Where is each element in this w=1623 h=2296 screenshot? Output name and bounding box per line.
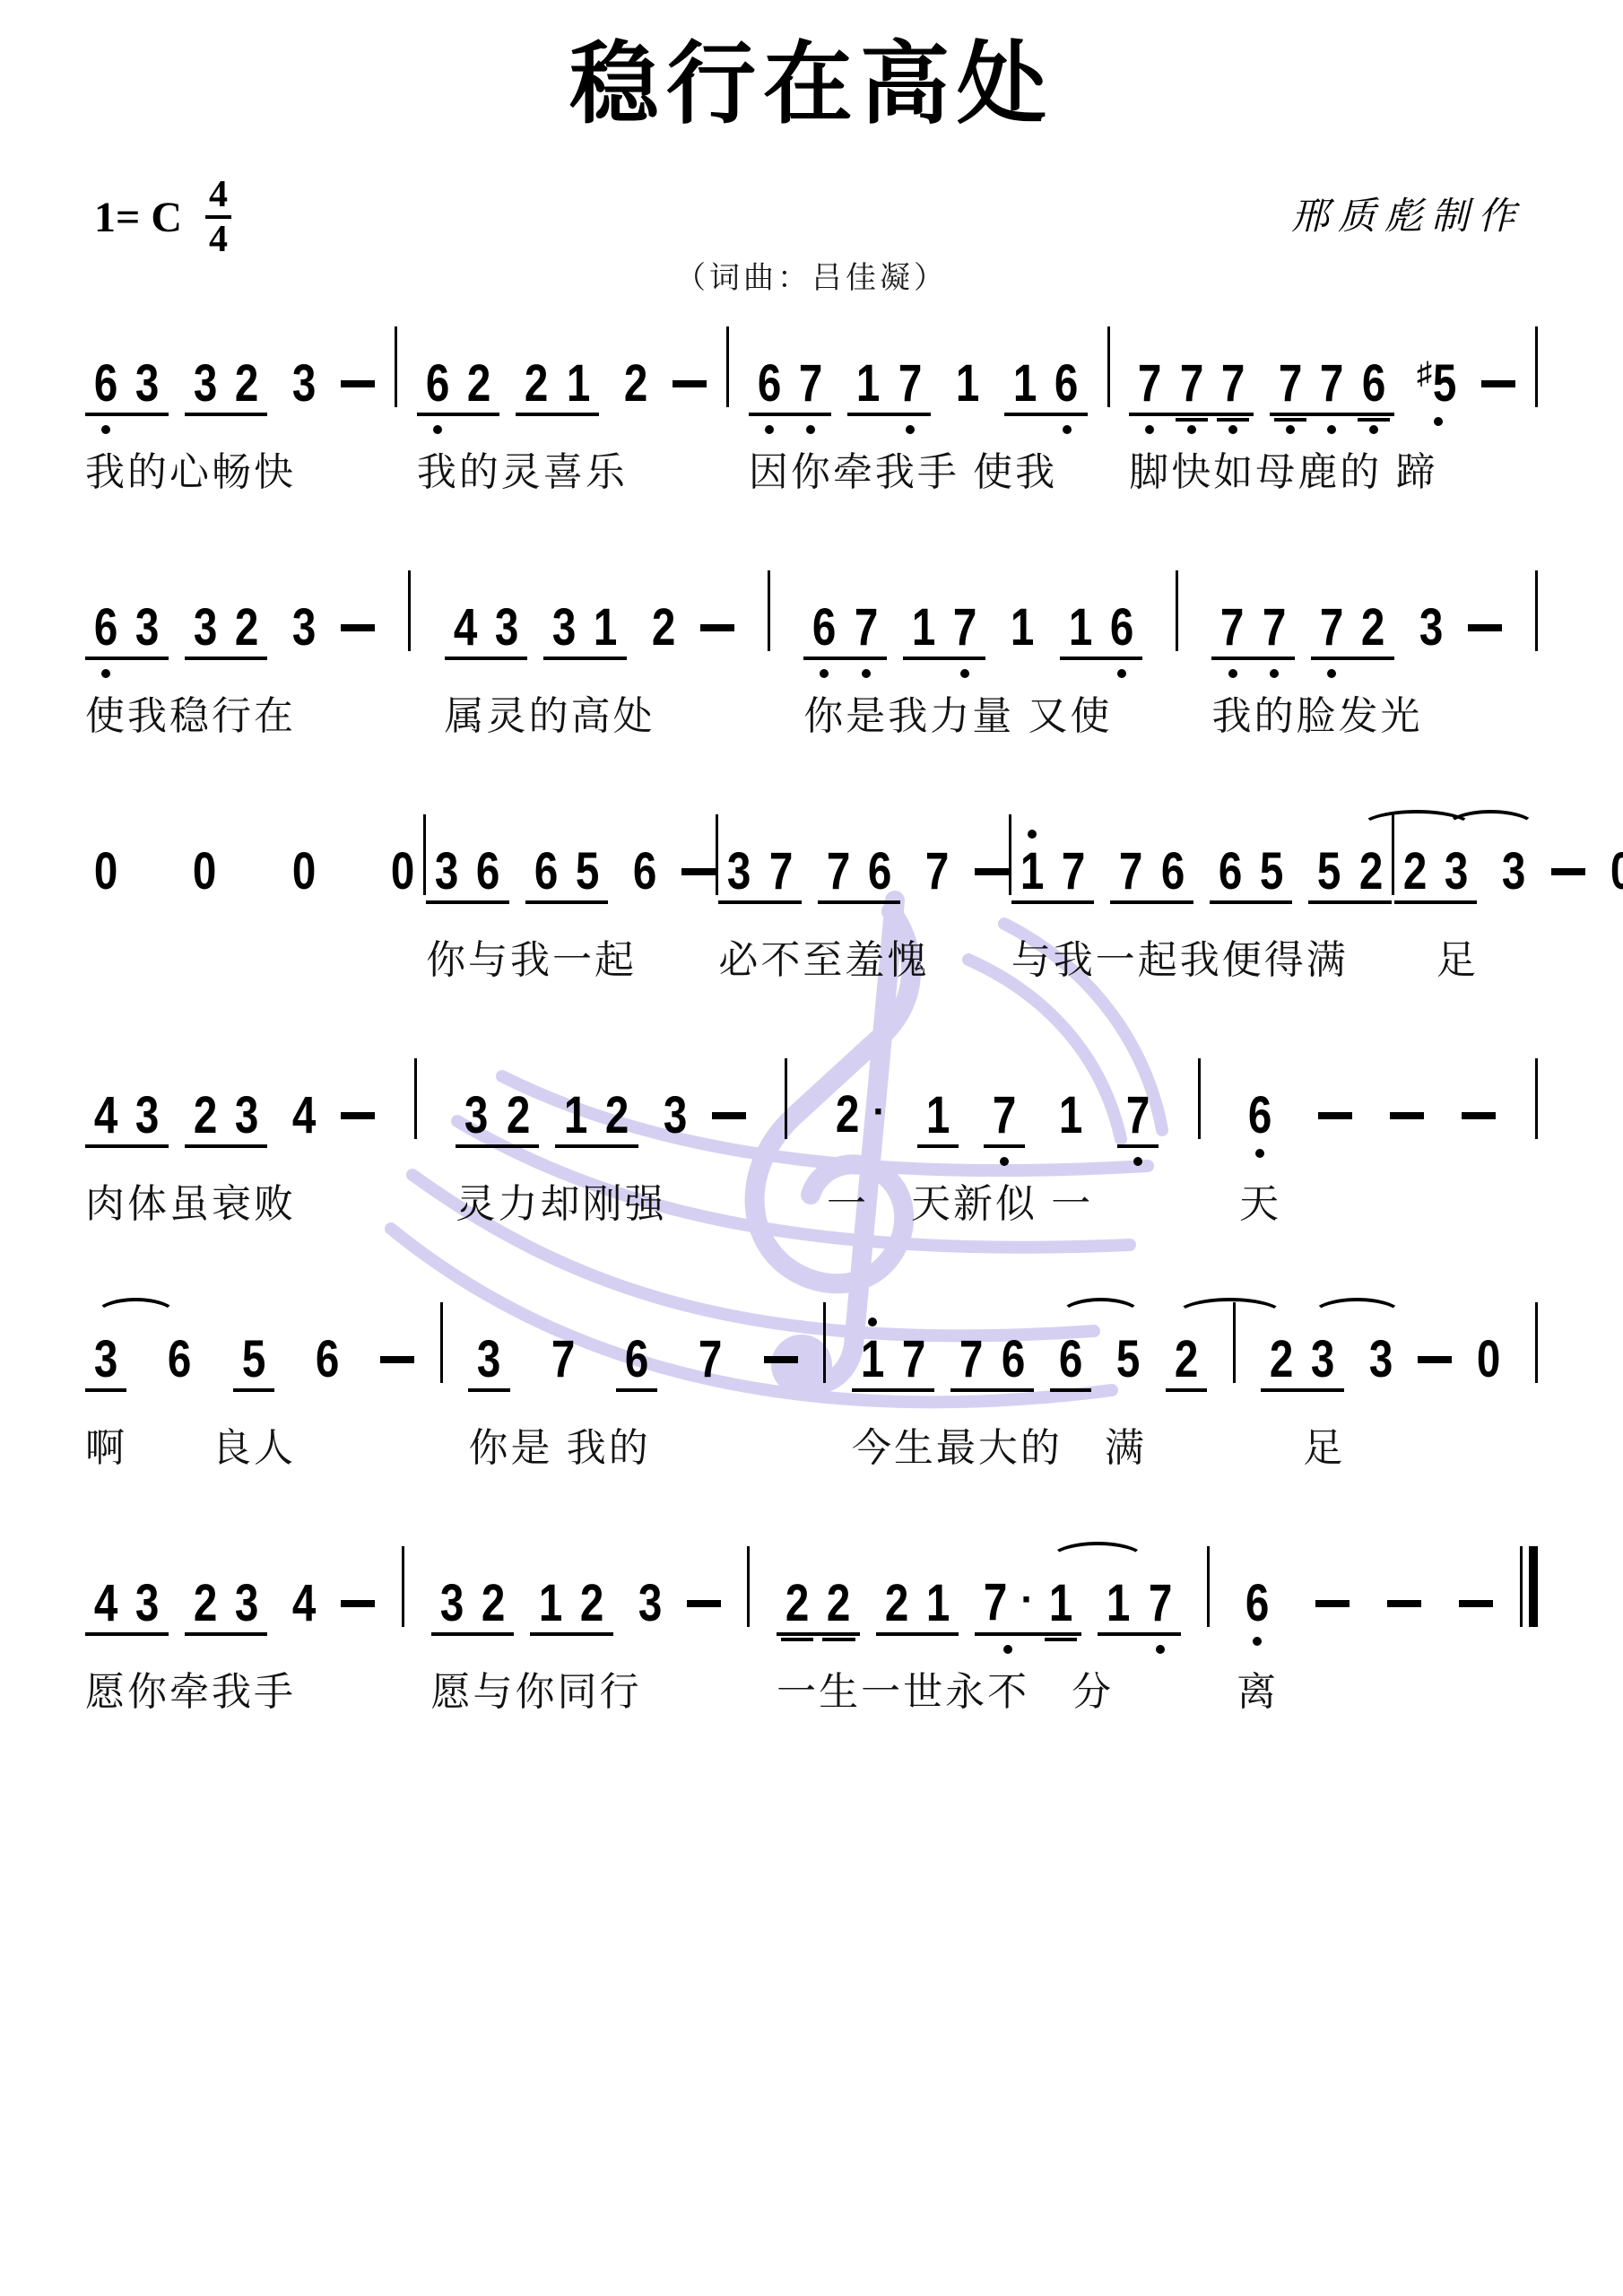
note: 1 [1002,602,1043,654]
measure-notes: 62212 [417,330,707,416]
score-line: 43234愿你牵我手32123愿与你同行22217·117一生一世永不 分6离 [85,1550,1538,1717]
barline [440,1302,443,1383]
note-digit: 6 [868,846,891,898]
note-cluster: 7·1 [975,1577,1081,1636]
note-cluster: 2 [1166,1334,1207,1392]
note-digit: 4 [94,1578,117,1630]
dash-note [700,624,734,631]
note: 3 [283,358,325,410]
measure-notes: 77723 [1211,574,1501,660]
lyric-line: 一 天新似 一 [827,1171,1159,1229]
note-digit: 2 [624,358,647,410]
sheet-music-page: 稳行在高处 1= C 4 4 邢质彪制作 （词曲：吕佳凝） 63323我的心畅快… [0,0,1623,2296]
augmentation-dot: · [872,1090,886,1135]
octave-dot-low [1286,425,1295,434]
dash-note [341,1600,375,1607]
barline [402,1546,404,1627]
note-cluster: 32 [185,358,268,416]
note: 6 [859,846,900,898]
measure: 32123灵力却刚强 [456,1062,745,1229]
note-digit: 6 [94,358,117,410]
note-digit: 1 [539,1578,562,1630]
note-digit: 1 [1049,1578,1072,1630]
octave-dot-low [765,425,774,434]
measure-notes: 22217·117 [777,1550,1181,1636]
measure-notes: 2·1717 [827,1062,1159,1148]
lyric-line: 离 [1237,1659,1493,1717]
octave-dot-low [1369,425,1378,434]
lyric-line: 灵力却刚强 [456,1171,745,1229]
note: 7 [690,1334,731,1386]
measure: 17766552与我一起我便得满 [1011,818,1392,985]
note: 2 [1352,602,1393,654]
note-digit: 3 [94,1334,117,1386]
note-cluster: 23 [1261,1334,1344,1392]
lyric-line: 今生最大的 满 [852,1415,1207,1473]
note-digit: 6 [316,1334,339,1386]
note-digit: 5 [576,846,599,898]
note-cluster: 2· [827,1089,892,1148]
note-cluster: 76 [1110,846,1193,904]
note-digit: 6 [758,358,781,410]
note: 6 [467,846,508,898]
measure-notes: 63323 [85,330,375,416]
barline [1535,326,1538,407]
measure-notes: 3767 [468,1306,797,1392]
measure: 0000 [85,818,423,972]
note: ♯5 [1410,358,1465,410]
note: 5 [1251,846,1292,898]
note: 3 [226,1578,267,1630]
measure: 2·1717一 天新似 一 [827,1062,1159,1229]
lyric-line: 与我一起我便得满 [1011,927,1392,985]
note-digit: 3 [1445,846,1468,898]
barline [1207,1546,1210,1627]
credit-text: 邢质彪制作 [1291,187,1524,240]
note-digit: 3 [1419,602,1442,654]
octave-dot-high [868,1318,877,1326]
measure-notes: 43312 [445,574,734,660]
octave-dot-low [101,669,110,678]
note-digit: 6 [426,358,449,410]
note-digit: 2 [605,1090,629,1142]
note: 1 [558,358,599,410]
note-digit: 1 [1107,1578,1130,1630]
measure: 43234愿你牵我手 [85,1550,375,1717]
measure-notes: 1776652 [852,1306,1207,1392]
note-cluster: 7 [916,846,958,904]
note: 2 [1261,1334,1302,1386]
octave-dot-low [820,669,829,678]
note: 2 [498,1090,539,1142]
note-cluster: 0 [283,846,325,904]
octave-dot-low [1327,425,1336,434]
measure-notes: 32123 [431,1550,721,1636]
subtitle-composer: （词曲：吕佳凝） [0,253,1623,297]
score-line: 3656啊 良人3767你是 我的1776652今生最大的 满2330 足 [85,1306,1538,1473]
note-digit: 6 [168,1334,191,1386]
octave-dot-low [1434,417,1443,426]
note-cluster: 3 [1493,846,1534,904]
note-digit: 5 [1317,846,1341,898]
note: 2 [473,1578,514,1630]
measure-notes: 0000 [85,818,423,904]
note: 1 [555,1090,596,1142]
note-cluster: 3 [629,1578,671,1636]
note: 2 [1350,846,1392,898]
tie-arc [1059,1298,1142,1334]
note: 1 [1011,846,1053,898]
note-cluster: 67 [803,602,887,660]
note-cluster: 3 [1410,602,1452,660]
note: 6 [525,846,567,898]
dash-note [1418,1356,1452,1363]
note: 2 [226,602,267,654]
note-digit: 7 [1179,358,1202,410]
note-digit: 3 [135,602,159,654]
lyric-line: 足 [1261,1415,1509,1473]
octave-dot-low [1255,1149,1264,1158]
barline [1535,570,1538,651]
note-digit: 6 [1059,1334,1082,1386]
key-signature: 1= C 4 4 [94,176,231,258]
note-cluster: 0 [382,846,423,904]
note-cluster: 0 [1601,846,1623,904]
dash-note [975,868,1009,875]
note-cluster: 1 [947,358,988,416]
note: 2 [185,1578,226,1630]
note: 6 [307,1334,348,1386]
octave-dot-low [1000,1157,1009,1166]
note-cluster: 43 [445,602,528,660]
note-cluster: 6 [1050,1334,1091,1392]
measure: 777776♯5脚快如母鹿的 蹄 [1129,330,1515,497]
note-cluster: 63 [85,358,169,416]
note: 6 [803,602,845,654]
note: 2 [226,358,267,410]
note-digit: 2 [1358,846,1382,898]
note-digit: 1 [594,602,617,654]
note: 3 [126,602,168,654]
note-digit: 2 [467,358,490,410]
rest-note: 0 [1601,846,1623,898]
lyric-line: 啊 良人 [85,1415,414,1473]
note: 7 [950,1334,992,1386]
note-digit: 2 [1361,602,1384,654]
note-digit: 7 [993,1090,1016,1142]
note: 5 [233,1334,274,1386]
measure-notes: 32123 [456,1062,745,1148]
barline [1535,1302,1538,1383]
note-cluster: 5 [1107,1334,1149,1392]
note-cluster: 43 [85,1578,169,1636]
note-digit: 3 [495,602,518,654]
note-digit: 1 [1020,846,1044,898]
note: 3 [486,602,527,654]
note-digit: 6 [1362,358,1385,410]
note-digit: 2 [507,1090,530,1142]
note: 3 [431,1578,473,1630]
measure-notes: 6 [1239,1062,1496,1148]
note: 3 [185,358,226,410]
note-cluster: 32 [456,1090,539,1148]
tie-arc [1311,1298,1403,1334]
note-cluster: 3 [655,1090,696,1148]
barline [395,326,397,407]
measure: 43312属灵的高处 [445,574,734,741]
note: 3 [226,1090,267,1142]
note-digit: 3 [464,1090,488,1142]
note-digit: 5 [1260,846,1283,898]
lyric-line: 脚快如母鹿的 蹄 [1129,439,1515,497]
measure-notes: 43234 [85,1550,375,1636]
note: 2 [777,1578,818,1630]
note-cluster: 0 [184,846,225,904]
note-digit: 6 [812,602,836,654]
note: 7 [1212,358,1254,410]
measure: 2330 足 [1261,1306,1509,1473]
note-cluster: 6 [1239,1090,1280,1148]
lyric-line: 必不至羞愧 [718,927,1008,985]
note-cluster: 7 [542,1334,584,1392]
tie-arc [1049,1542,1146,1578]
note-cluster: 6 [307,1334,348,1392]
note-cluster: 6 [616,1334,657,1392]
measure: 6717116因你牵我手 使我 [749,330,1088,497]
note: 3 [655,1090,696,1142]
note: 4 [85,1090,126,1142]
barline [747,1546,750,1627]
note: 6 [993,1334,1034,1386]
lyric-line: 你是 我的 [468,1415,797,1473]
lyric-line: 你是我力量 又使 [803,683,1142,741]
note-cluster: 32 [185,602,268,660]
octave-dot-low [1228,425,1237,434]
note: 7 [893,1334,934,1386]
note-digit: 6 [1219,846,1242,898]
note: 7 [1270,358,1311,410]
note-digit: 3 [552,602,576,654]
note-digit: 7 [1119,846,1142,898]
note-digit: 3 [1502,846,1525,898]
measure-notes: 63323 [85,574,375,660]
note-digit: 6 [633,846,656,898]
note-cluster: 7 [1117,1090,1159,1148]
note-cluster: 36 [426,846,509,904]
note-digit: 2 [827,1578,850,1630]
measure-notes: 36656 [426,818,716,904]
note-digit: 3 [235,1090,258,1142]
octave-dot-low [1156,1645,1165,1654]
barline [1535,1058,1538,1139]
note: 2 [1166,1334,1207,1386]
note-digit: 7 [854,602,877,654]
note: 7 [1211,602,1253,654]
note: 6 [1239,1090,1280,1142]
octave-dot-low [1145,425,1154,434]
note-digit: 3 [135,1578,159,1630]
note-digit: 2 [193,1578,216,1630]
note: 7 [944,602,985,654]
octave-dot-low [1270,669,1279,678]
octave-dot-low [1228,669,1237,678]
note-cluster: 17 [852,1334,935,1392]
note: 1 [903,602,944,654]
dash-note [712,1112,746,1119]
augmentation-dot: · [1020,1578,1034,1622]
lyric-line: 属灵的高处 [445,683,734,741]
note-digit: 6 [1055,358,1078,410]
note-cluster: 32 [431,1578,515,1636]
note: 1 [1004,358,1046,410]
measure-notes: 6717116 [803,574,1142,660]
note-digit: 7 [984,1577,1007,1629]
second-underline [822,1638,855,1641]
note: 2 [458,358,499,410]
note-cluster: 5 [233,1334,274,1392]
note-cluster: ♯5 [1410,358,1465,416]
note-cluster: 31 [543,602,627,660]
note-digit: 2 [235,358,258,410]
lyric-line [85,927,423,972]
second-underline [1274,418,1306,422]
note: 4 [85,1578,126,1630]
octave-dot-low [1117,669,1126,678]
note-digit: 4 [454,602,477,654]
final-barline [1520,1546,1538,1627]
note: 1 [847,358,889,410]
lyric-line: 我的脸发光 [1211,683,1501,741]
barline [408,570,411,651]
note-digit: 0 [193,846,216,898]
note-digit: 3 [1369,1334,1393,1386]
note-cluster: 17 [1011,846,1095,904]
note-cluster: 6 [1237,1578,1278,1636]
dash-note [1315,1600,1350,1607]
note-digit: 2 [193,1090,216,1142]
note: 3 [426,846,467,898]
note-digit: 7 [902,1334,925,1386]
dash-note [687,1600,721,1607]
note-digit: 7 [1263,602,1286,654]
note-digit: 7 [1221,358,1245,410]
note-digit: 7 [1279,358,1302,410]
note: 7 [1171,358,1212,410]
note: 7 [1110,846,1151,898]
barline [1198,1058,1201,1139]
rest-note: 0 [283,846,325,898]
measure-notes: 3656 [85,1306,414,1392]
note: 6 [1152,846,1193,898]
note: 3 [456,1090,497,1142]
note-cluster: 76 [950,1334,1034,1392]
page-title: 稳行在高处 [0,36,1623,135]
note-digit: 1 [861,1334,884,1386]
note-digit: 7 [1220,602,1244,654]
note: 3 [1410,602,1452,654]
note: 2 [643,602,684,654]
measure-notes: 37767 [718,818,1008,904]
note: 3 [1493,846,1534,898]
note: 5 [1107,1334,1149,1386]
dash-note [681,868,716,875]
dash-note [1468,624,1502,631]
note-digit: 4 [292,1578,316,1630]
rest-note: 0 [382,846,423,898]
note-cluster: 62 [417,358,500,416]
note-digit: 3 [1311,1334,1334,1386]
note-digit: 3 [135,1090,159,1142]
note: 2 [818,1578,859,1630]
note-digit: 0 [291,846,315,898]
dash-note [1387,1600,1421,1607]
note: 6 [624,846,665,898]
note-digit: 7 [699,1334,722,1386]
note: 3 [126,1090,168,1142]
note-digit: 6 [94,602,117,654]
note-digit: 7 [1320,358,1343,410]
measure: 32123愿与你同行 [431,1550,721,1717]
note-cluster: 7 [984,1090,1025,1148]
note: 4 [283,1090,325,1142]
note-digit: 2 [836,1089,859,1141]
note: 3 [1302,1334,1343,1386]
note: 7 [846,602,887,654]
lyric-line: 因你牵我手 使我 [749,439,1088,497]
note-digit: 2 [785,1578,809,1630]
note-digit: 7 [959,1334,983,1386]
note: 7· [975,1577,1040,1630]
meter-numerator: 4 [205,176,231,219]
note-digit: 3 [638,1578,662,1630]
note-cluster: 3 [283,358,325,416]
dash-note [341,380,375,387]
note-digit: 7 [827,846,850,898]
lyric-line: 肉体虽衰败 [85,1171,375,1229]
note: 1 [1040,1578,1081,1630]
note-digit: 7 [898,358,922,410]
note-cluster: 777 [1129,358,1254,416]
dash-note [1390,1112,1424,1119]
note: 3 [468,1334,509,1386]
note-digit: 0 [1477,1334,1500,1386]
note: 6 [159,1334,200,1386]
note-cluster: 4 [283,1090,325,1148]
note-digit: 2 [1174,1334,1197,1386]
note-cluster: 12 [555,1090,638,1148]
note-digit: 2 [482,1578,505,1630]
note-digit: 7 [1138,358,1161,410]
note: 3 [85,1334,126,1386]
note-cluster: 21 [876,1578,959,1636]
note-cluster: 1 [1002,602,1043,660]
dash-note [1551,868,1585,875]
note: 7 [760,846,802,898]
note-digit: 7 [1320,602,1343,654]
barline [1176,570,1178,651]
octave-dot-low [960,669,969,678]
note-cluster: 3 [283,602,325,660]
measure-notes: 17766552 [1011,818,1392,904]
note-digit: 7 [1126,1090,1150,1142]
barline [823,1302,826,1383]
barline [1107,326,1110,407]
note-cluster: 23 [185,1578,268,1636]
note: 2 [185,1090,226,1142]
note-digit: 5 [241,1334,265,1386]
note-digit: 3 [193,358,216,410]
note: 1 [917,1578,959,1630]
